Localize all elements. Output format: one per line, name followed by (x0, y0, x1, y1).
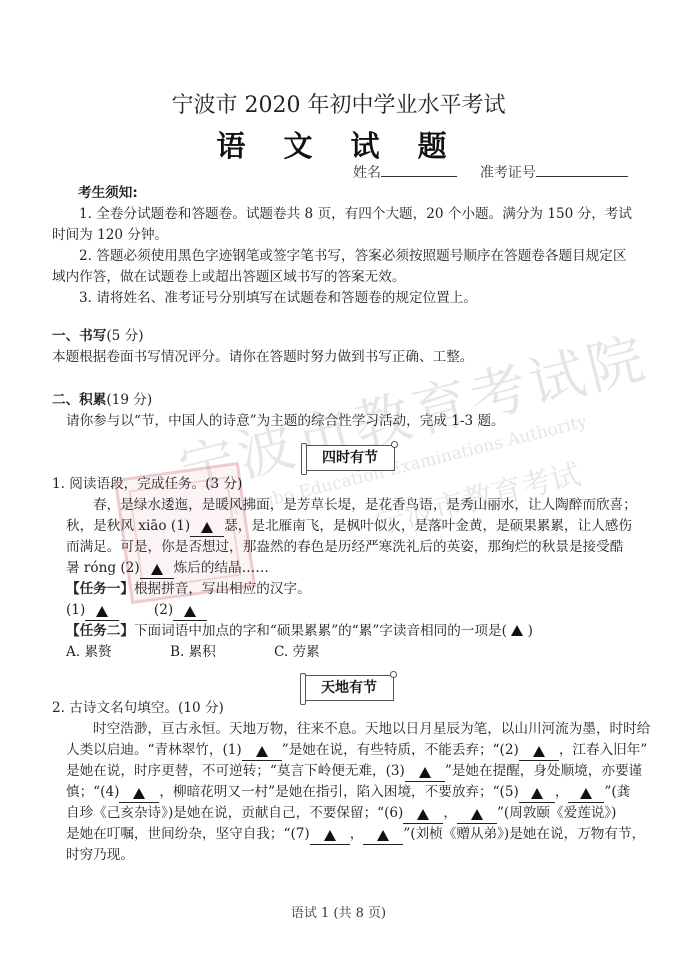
q2-line-6: 是她在叮嘱，世间纷杂，坚守自我；“(7)，”(刘桢《赠从弟》)是她在说，万物有节… (66, 824, 652, 845)
triangle-marker-icon (419, 767, 431, 778)
section-writing: 一、书写(5 分) 本题根据卷面书写情况评分。请你在答题时努力做到书写正确、工整… (52, 326, 632, 368)
question-1: 1. 阅读语段，完成任务。(3 分) 春，是绿水逶迤，是暖风拂面，是芳草长堤，是… (52, 474, 652, 663)
notice-items: 1. 全卷分试题卷和答题卷。试题卷共 8 页，有四个大题，20 个小题。满分为 … (52, 204, 632, 309)
q1-blank-1[interactable] (190, 521, 224, 537)
candidate-info-line: 姓名 准考证号 (353, 162, 628, 182)
triangle-marker-icon (324, 830, 336, 841)
triangle-marker-icon (256, 746, 268, 757)
q1-para-line-2: 秋，是秋风 xiāo (1)瑟，是北雁南飞，是枫叶似火，是落叶金黄，是硕果累累，… (66, 516, 652, 537)
triangle-marker-icon (151, 564, 163, 575)
notice-item-3: 3. 请将姓名、准考证号分别填写在试题卷和答题卷的规定位置上。 (52, 288, 632, 309)
scroll-curl-icon (390, 671, 397, 678)
exam-page: 宁波市教育考试院 Ningbo Education Examinations A… (0, 0, 677, 958)
triangle-marker-icon (531, 788, 543, 799)
name-field[interactable] (381, 162, 457, 177)
question-2: 2. 古诗文名句填空。(10 分) 时空浩渺，亘古永恒。天地万物，往来不息。天地… (52, 698, 652, 866)
task1-answer-2[interactable] (173, 605, 207, 621)
triangle-marker-icon (377, 830, 389, 841)
q2-blank-5b[interactable] (568, 787, 604, 803)
q2-title: 2. 古诗文名句填空。(10 分) (52, 698, 652, 719)
q2-blank-4[interactable] (119, 787, 159, 803)
q2-blank-1[interactable] (242, 745, 282, 761)
q2-blank-7a[interactable] (310, 829, 350, 845)
q1-task-1: 【任务一】根据拼音，写出相应的汉字。 (66, 579, 652, 600)
q1-task-2: 【任务二】下面词语中加点的字和“硕果累累”的“累”字读音相同的一项是( ) (66, 621, 652, 642)
section1-body: 本题根据卷面书写情况评分。请你在答题时努力做到书写正确、工整。 (52, 347, 632, 368)
scroll-curl-icon (391, 441, 398, 448)
banner-four-seasons: 四时有节 (305, 445, 395, 471)
q2-line-3: 是她在说，时序更替，不可逆转；“莫言下岭便无难，(3)”是她在提醒，身处顺境，亦… (66, 761, 652, 782)
subject-title: 语 文 试 题 (0, 124, 677, 165)
triangle-marker-icon (533, 746, 545, 757)
q2-blank-2[interactable] (519, 745, 559, 761)
option-a[interactable]: A. 累赘 (66, 642, 170, 663)
q2-blank-6a[interactable] (403, 808, 443, 824)
id-field[interactable] (536, 162, 628, 177)
section2-intro: 请你参与以“节，中国人的诗意”为主题的综合性学习活动，完成 1-3 题。 (52, 411, 632, 432)
triangle-marker-icon (580, 788, 592, 799)
notice-item-1: 1. 全卷分试题卷和答题卷。试题卷共 8 页，有四个大题，20 个小题。满分为 … (52, 204, 632, 246)
section2-heading: 二、积累 (52, 392, 106, 408)
option-c[interactable]: C. 劳累 (274, 644, 320, 660)
option-b[interactable]: B. 累积 (170, 642, 274, 663)
q2-line-2: 人类以启迪。“青林翠竹，(1)”是她在说，有些特质，不能丢弃；“(2)，江春入旧… (66, 740, 652, 761)
q1-para-line-4: 暑 róng (2)炼后的结晶…… (66, 558, 652, 579)
notice-title: 考生须知: (78, 183, 638, 204)
section2-score: (19 分) (106, 392, 152, 408)
triangle-marker-icon (133, 788, 145, 799)
q2-blank-3[interactable] (405, 766, 445, 782)
scroll-rod-icon (301, 443, 307, 475)
banner2-label: 天地有节 (321, 680, 377, 696)
q2-line-5: 自珍《己亥杂诗》)是她在说，贡献自己，不要保留；“(6)，”(周敦颐《爱莲说》) (66, 803, 652, 824)
section-accumulation: 二、积累(19 分) 请你参与以“节，中国人的诗意”为主题的综合性学习活动，完成… (52, 390, 632, 432)
q1-task-1-answers: (1) (2) (66, 600, 652, 621)
q1-para-line-1: 春，是绿水逶迤，是暖风拂面，是芳草长堤，是花香鸟语，是秀山丽水，让人陶醉而欣喜； (66, 495, 652, 516)
q1-blank-2[interactable] (140, 563, 174, 579)
q2-line-7: 时穷乃现。 (66, 845, 652, 866)
id-label: 准考证号 (480, 165, 536, 181)
triangle-marker-icon (417, 809, 429, 820)
triangle-marker-icon (96, 606, 108, 617)
triangle-marker-icon (184, 606, 196, 617)
task2-answer-marker-icon[interactable] (511, 625, 523, 636)
q2-line-1: 时空浩渺，亘古永恒。天地万物，往来不息。天地以日月星辰为笔，以山川河流为墨，时时… (66, 719, 652, 740)
section1-score: (5 分) (106, 328, 143, 344)
task1-answer-1[interactable] (85, 605, 119, 621)
triangle-marker-icon (201, 522, 213, 533)
q1-para-line-3: 而满足。可是，你是否想过，那盎然的春色是历经严寒洗礼后的英姿，那绚烂的秋景是接受… (66, 537, 652, 558)
q1-title: 1. 阅读语段，完成任务。(3 分) (52, 474, 652, 495)
q1-options: A. 累赘B. 累积C. 劳累 (66, 642, 652, 663)
notice-item-2: 2. 答题必须使用黑色字迹钢笔或签字笔书写，答案必须按照题号顺序在答题卷各题目规… (52, 246, 632, 288)
q2-blank-7b[interactable] (363, 829, 403, 845)
notice-section: 考生须知: (78, 183, 638, 204)
banner1-label: 四时有节 (322, 450, 378, 466)
q2-line-4: 慎；“(4)，柳暗花明又一村”是她在指引，陷入困境，不要放弃；“(5)，”(龚 (66, 782, 652, 803)
page-footer: 语试 1 (共 8 页) (0, 902, 677, 921)
q2-blank-6b[interactable] (457, 808, 497, 824)
exam-title: 宁波市 2020 年初中学业水平考试 (0, 88, 677, 119)
name-label: 姓名 (353, 165, 381, 181)
q2-blank-5a[interactable] (519, 787, 555, 803)
section1-heading: 一、书写 (52, 328, 106, 344)
triangle-marker-icon (471, 809, 483, 820)
